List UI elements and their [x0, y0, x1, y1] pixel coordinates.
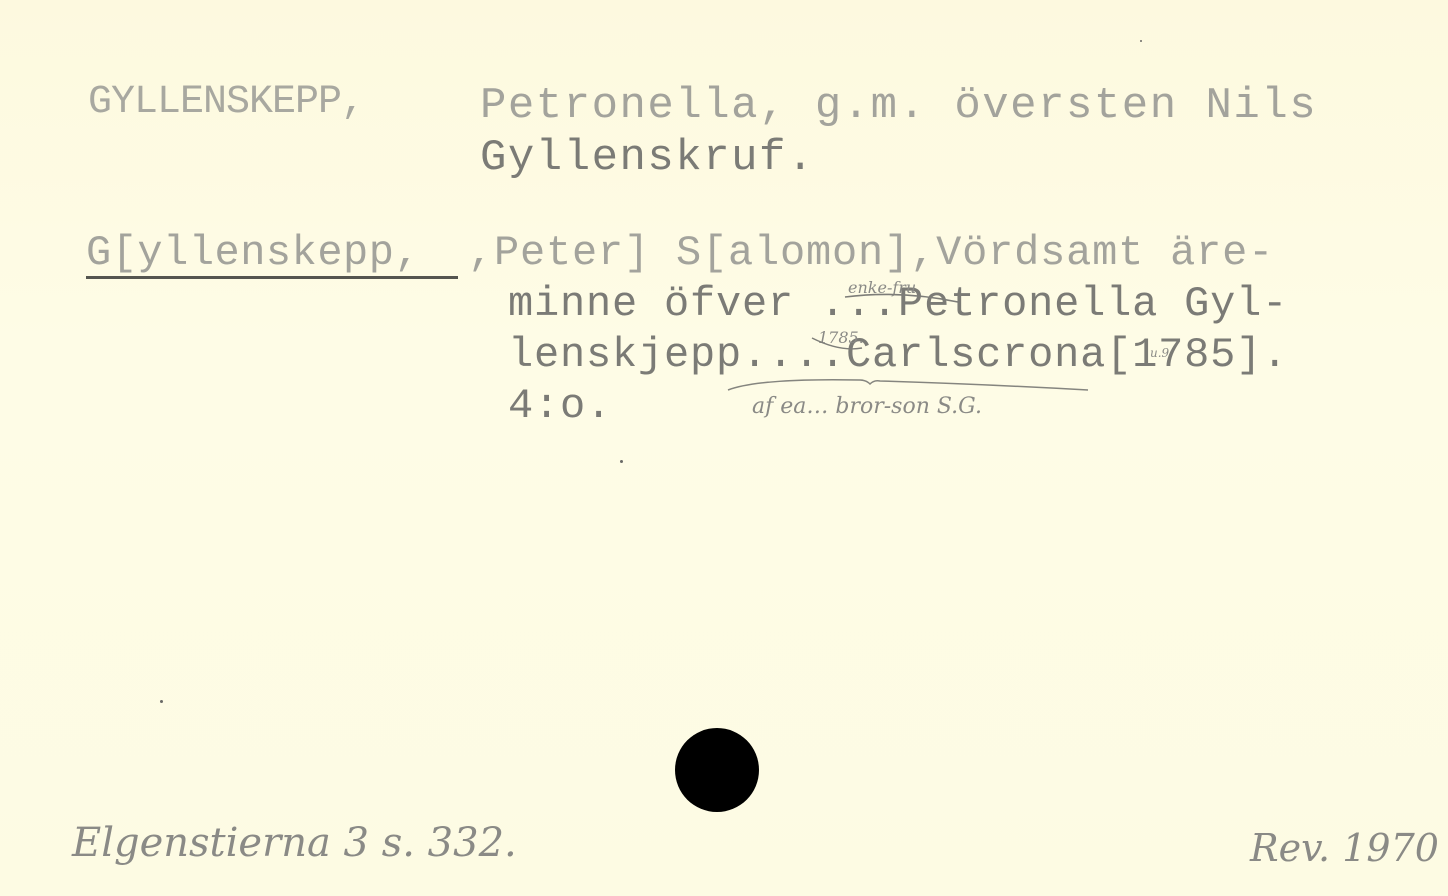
punch-hole [675, 728, 759, 812]
footer-reference: Elgenstierna 3 s. 332. [72, 820, 517, 866]
footer-revision: Rev. 1970 [1250, 826, 1439, 870]
ink-speck [1140, 40, 1142, 42]
catalog-card: GYLLENSKEPP, Petronella, g.m. översten N… [0, 0, 1448, 896]
ink-speck [160, 700, 163, 703]
ink-speck [620, 460, 623, 463]
